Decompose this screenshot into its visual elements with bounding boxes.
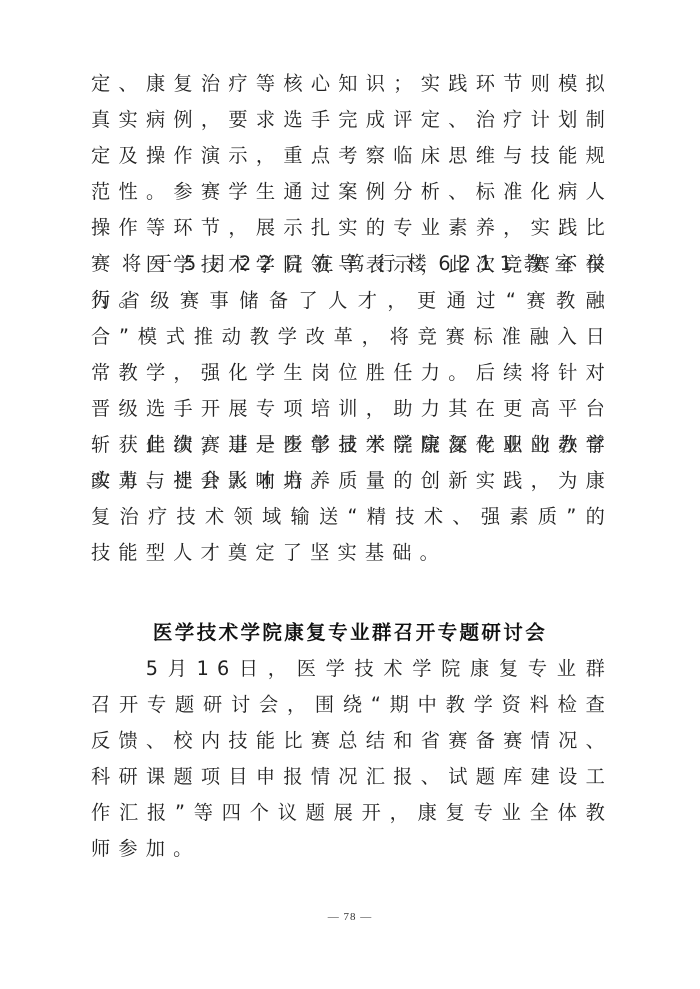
paragraph-seminar-summary: 5月16日，医学技术学院康复专业群召开专题研讨会，围绕“期中教学资料检查反馈、校… — [91, 651, 613, 867]
document-page: 定、康复治疗等核心知识；实践环节则模拟真实病例，要求选手完成评定、治疗计划制定及… — [0, 0, 700, 989]
paragraph-event-significance: 此次赛事是医学技术学院深化职业教育改革、提升人才培养质量的创新实践，为康复治疗技… — [91, 427, 613, 571]
section-title: 医学技术学院康复专业群召开专题研讨会 — [0, 615, 700, 651]
page-number: — 78 — — [0, 911, 700, 923]
